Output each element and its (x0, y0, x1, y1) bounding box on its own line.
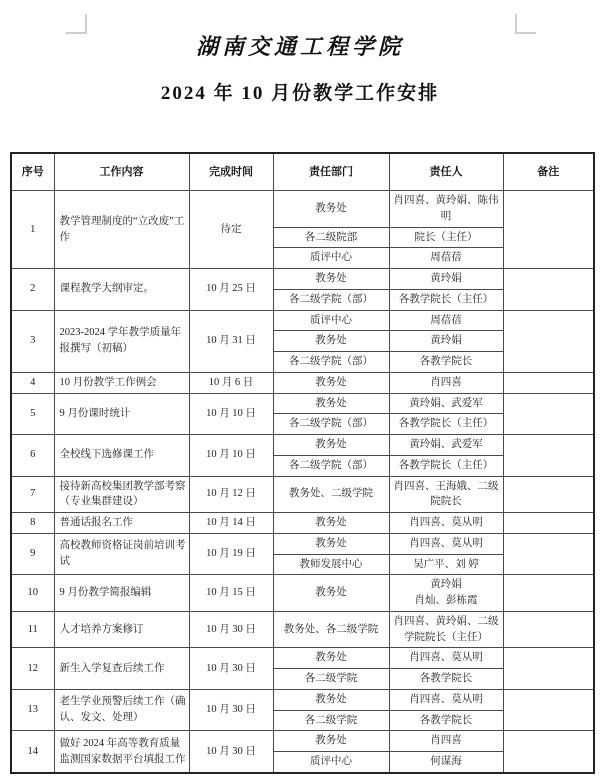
table-row: 3 2023-2024 学年教学质量年报撰写（初稿） 10 月 31 日 质评中… (11, 310, 594, 331)
cell-remark (503, 731, 594, 773)
cell-deadline: 10 月 6 日 (189, 372, 273, 393)
cell-department: 教务处 (273, 393, 389, 414)
cell-deadline: 10 月 30 日 (189, 689, 273, 731)
cell-department: 质评中心 (273, 248, 389, 269)
cell-department: 教务处 (273, 689, 389, 710)
cell-serial-number: 11 (11, 611, 54, 648)
cell-serial-number: 6 (11, 435, 54, 477)
cell-remark (503, 611, 594, 648)
cell-deadline: 10 月 10 日 (189, 435, 273, 477)
table-row: 12 新生入学复查后续工作 10 月 30 日 教务处 肖四喜、莫从明 (11, 648, 594, 669)
cell-deadline: 10 月 10 日 (189, 393, 273, 435)
cell-person: 周蓓蓓 (389, 248, 503, 269)
table-row: 11 人才培养方案修订 10 月 30 日 教务处、各二级学院 肖四喜、黄玲娟、… (11, 611, 594, 648)
cell-deadline: 10 月 15 日 (189, 575, 273, 612)
table-row: 2 课程教学大纲审定。 10 月 25 日 教务处 黄玲娟 (11, 269, 594, 290)
school-name-title: 湖南交通工程学院 (0, 0, 600, 61)
cell-serial-number: 10 (11, 575, 54, 612)
cell-deadline: 10 月 19 日 (189, 533, 273, 575)
margin-crop-mark-top-left (66, 14, 87, 34)
cell-deadline: 10 月 12 日 (189, 476, 273, 513)
cell-remark (503, 393, 594, 435)
cell-department: 教务处、各二级学院 (273, 611, 389, 648)
cell-work-content: 老生学业预警后续工作（确认、发文、处理） (54, 689, 189, 731)
cell-serial-number: 4 (11, 372, 54, 393)
cell-person: 肖四喜、莫从明 (389, 648, 503, 669)
cell-person: 各教学院长 (389, 710, 503, 731)
table-header-row: 序号 工作内容 完成时间 责任部门 责任人 备注 (11, 153, 594, 191)
table-row: 13 老生学业预警后续工作（确认、发文、处理） 10 月 30 日 教务处 肖四… (11, 689, 594, 710)
cell-deadline: 10 月 25 日 (189, 269, 273, 311)
cell-remark (503, 689, 594, 731)
cell-person: 何谋海 (389, 752, 503, 773)
cell-person: 肖四喜、莫从明 (389, 513, 503, 534)
cell-deadline: 10 月 30 日 (189, 648, 273, 690)
cell-serial-number: 7 (11, 476, 54, 513)
cell-deadline: 10 月 30 日 (189, 611, 273, 648)
cell-department: 质评中心 (273, 752, 389, 773)
cell-department: 各二级院部 (273, 227, 389, 248)
cell-person: 黄玲娟、武爱军 (389, 435, 503, 456)
table-row: 8 普通话报名工作 10 月 14 日 教务处 肖四喜、莫从明 (11, 513, 594, 534)
cell-work-content: 9 月份教学简报编辑 (54, 575, 189, 612)
cell-person: 各教学院长（主任） (389, 455, 503, 476)
cell-remark (503, 648, 594, 690)
cell-department: 质评中心 (273, 310, 389, 331)
cell-remark (503, 575, 594, 612)
table-row: 7 接待新高校集团教学部考察（专业集群建设） 10 月 12 日 教务处、二级学… (11, 476, 594, 513)
column-header-person: 责任人 (389, 153, 503, 191)
cell-work-content: 课程教学大纲审定。 (54, 269, 189, 311)
cell-department: 教务处 (273, 435, 389, 456)
cell-work-content: 高校教师资格证岗前培训考试 (54, 533, 189, 575)
cell-serial-number: 9 (11, 533, 54, 575)
table-row: 5 9 月份课时统计 10 月 10 日 教务处 黄玲娟、武爱军 (11, 393, 594, 414)
table-row: 14 做好 2024 年高等教育质量监测国家数据平台填报工作 10 月 30 日… (11, 731, 594, 752)
column-header-deadline: 完成时间 (189, 153, 273, 191)
cell-person: 黄玲娟、武爱军 (389, 393, 503, 414)
cell-person: 黄玲娟 肖灿、彭栋霞 (389, 575, 503, 612)
cell-work-content: 全校线下选修课工作 (54, 435, 189, 477)
cell-person: 肖四喜、黄玲娟、二级学院院长（主任） (389, 611, 503, 648)
cell-serial-number: 8 (11, 513, 54, 534)
cell-person: 各教学院长 (389, 669, 503, 690)
cell-person: 肖四喜、莫从明 (389, 689, 503, 710)
cell-department: 教务处 (273, 372, 389, 393)
cell-person: 各教学院长（主任） (389, 414, 503, 435)
column-header-serial: 序号 (11, 153, 54, 191)
cell-department: 教务处 (273, 648, 389, 669)
cell-work-content: 新生入学复查后续工作 (54, 648, 189, 690)
cell-person: 吴广平、刘 婷 (389, 554, 503, 575)
cell-person: 肖四喜 (389, 731, 503, 752)
cell-department: 教务处、二级学院 (273, 476, 389, 513)
cell-serial-number: 5 (11, 393, 54, 435)
cell-person: 肖四喜、莫从明 (389, 533, 503, 554)
document-title: 2024 年 10 月份教学工作安排 (0, 78, 600, 105)
cell-department: 各二级学院（部） (273, 455, 389, 476)
cell-serial-number: 12 (11, 648, 54, 690)
table-row: 6 全校线下选修课工作 10 月 10 日 教务处 黄玲娟、武爱军 (11, 435, 594, 456)
column-header-remark: 备注 (503, 153, 594, 191)
cell-remark (503, 310, 594, 372)
table-row: 9 高校教师资格证岗前培训考试 10 月 19 日 教务处 肖四喜、莫从明 (11, 533, 594, 554)
table-row: 4 10 月份教学工作例会 10 月 6 日 教务处 肖四喜 (11, 372, 594, 393)
cell-department: 教师发展中心 (273, 554, 389, 575)
cell-department: 教务处 (273, 331, 389, 352)
column-header-work-content: 工作内容 (54, 153, 189, 191)
cell-person: 肖四喜 (389, 372, 503, 393)
cell-department: 各二级学院 (273, 710, 389, 731)
cell-serial-number: 2 (11, 269, 54, 311)
cell-serial-number: 13 (11, 689, 54, 731)
cell-remark (503, 476, 594, 513)
cell-work-content: 做好 2024 年高等教育质量监测国家数据平台填报工作 (54, 731, 189, 773)
cell-remark (503, 513, 594, 534)
cell-department: 教务处 (273, 513, 389, 534)
cell-department: 教务处 (273, 533, 389, 554)
cell-department: 各二级学院（部） (273, 414, 389, 435)
work-schedule-table: 序号 工作内容 完成时间 责任部门 责任人 备注 1 教学管理制度的“立改废”工… (10, 152, 595, 774)
cell-remark (503, 269, 594, 311)
cell-work-content: 普通话报名工作 (54, 513, 189, 534)
cell-person: 肖四喜、黄玲娟、陈伟明 (389, 191, 503, 228)
cell-department: 各二级学院（部） (273, 352, 389, 373)
cell-department: 教务处 (273, 731, 389, 752)
cell-department: 各二级学院（部） (273, 289, 389, 310)
cell-person: 黄玲娟 (389, 269, 503, 290)
cell-department: 教务处 (273, 191, 389, 228)
cell-person: 各教学院长 (389, 352, 503, 373)
cell-person: 周蓓蓓 (389, 310, 503, 331)
cell-remark (503, 533, 594, 575)
cell-work-content: 人才培养方案修订 (54, 611, 189, 648)
cell-work-content: 接待新高校集团教学部考察（专业集群建设） (54, 476, 189, 513)
table-row: 1 教学管理制度的“立改废”工作 待定 教务处 肖四喜、黄玲娟、陈伟明 (11, 191, 594, 228)
cell-serial-number: 1 (11, 191, 54, 269)
cell-remark (503, 191, 594, 269)
cell-person: 黄玲娟 (389, 331, 503, 352)
cell-deadline: 10 月 30 日 (189, 731, 273, 773)
cell-work-content: 10 月份教学工作例会 (54, 372, 189, 393)
cell-person: 各教学院长（主任） (389, 289, 503, 310)
cell-department: 教务处 (273, 575, 389, 612)
table-row: 10 9 月份教学简报编辑 10 月 15 日 教务处 黄玲娟 肖灿、彭栋霞 (11, 575, 594, 612)
cell-remark (503, 435, 594, 477)
cell-serial-number: 3 (11, 310, 54, 372)
cell-deadline: 10 月 14 日 (189, 513, 273, 534)
cell-serial-number: 14 (11, 731, 54, 773)
cell-department: 教务处 (273, 269, 389, 290)
cell-work-content: 2023-2024 学年教学质量年报撰写（初稿） (54, 310, 189, 372)
margin-crop-mark-top-right (515, 14, 536, 34)
cell-person: 肖四喜、王海娥、二级院院长 (389, 476, 503, 513)
cell-work-content: 9 月份课时统计 (54, 393, 189, 435)
column-header-department: 责任部门 (273, 153, 389, 191)
cell-department: 各二级学院 (273, 669, 389, 690)
cell-deadline: 待定 (189, 191, 273, 269)
cell-remark (503, 372, 594, 393)
cell-deadline: 10 月 31 日 (189, 310, 273, 372)
cell-work-content: 教学管理制度的“立改废”工作 (54, 191, 189, 269)
cell-person: 院长（主任） (389, 227, 503, 248)
